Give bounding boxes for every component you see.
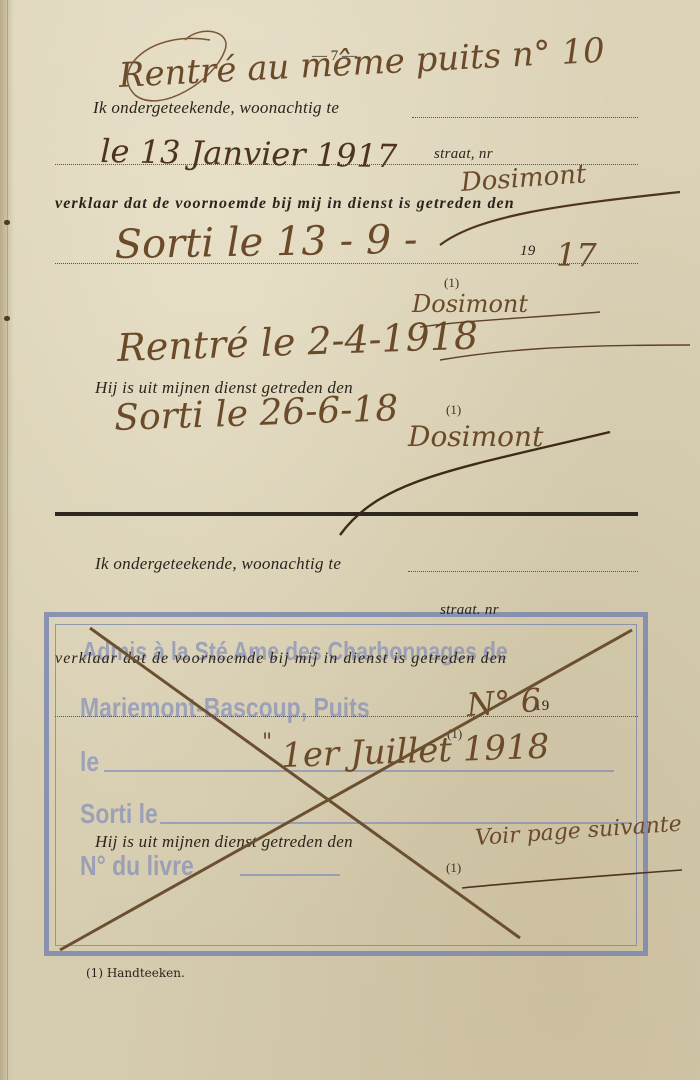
flourish-r-loop: [127, 31, 226, 101]
reentry-underline: [440, 345, 690, 360]
ink-strokes-overlay: [0, 0, 700, 1080]
signature-1-underline: [440, 192, 680, 245]
signature-2-underline: [420, 312, 600, 327]
document-page: — 7 — Ik ondergeteekende, woonachtig te …: [0, 0, 700, 1080]
signature-3-flourish: [340, 432, 610, 535]
cross-out-stroke-1: [90, 628, 520, 938]
note-underline: [462, 870, 682, 888]
cross-out-stroke-2: [60, 630, 632, 950]
